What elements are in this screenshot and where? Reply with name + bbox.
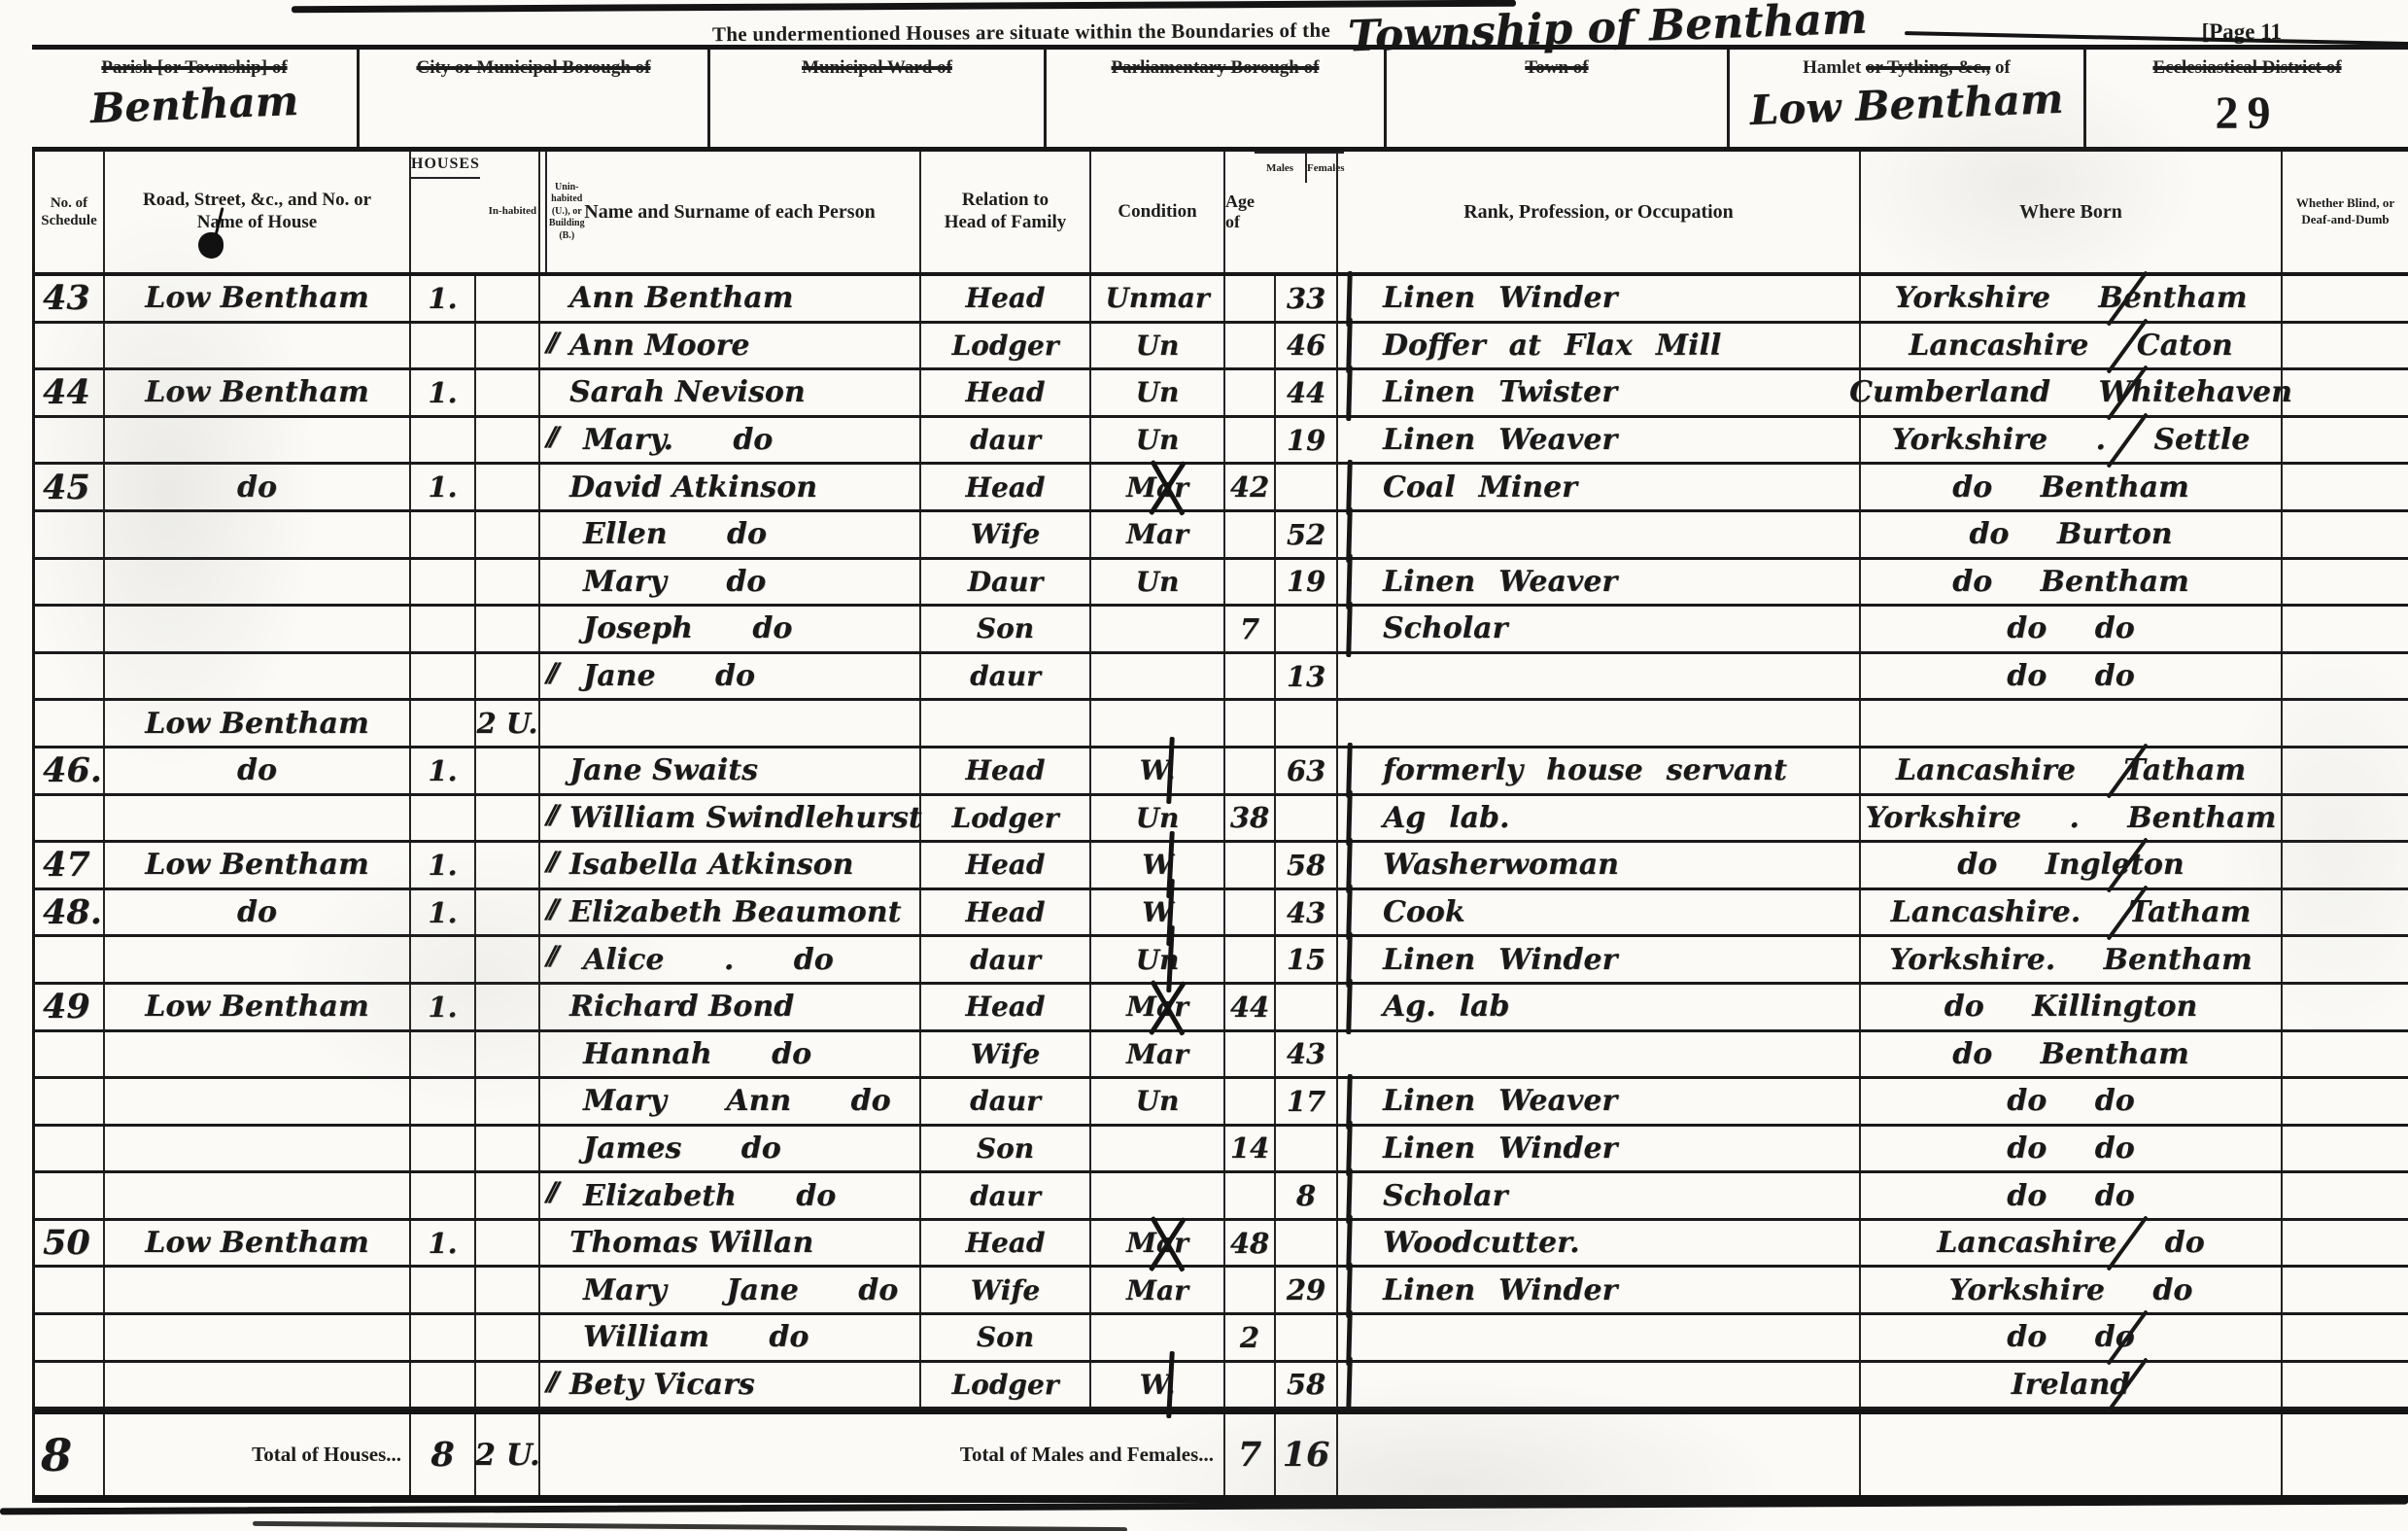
cell-age_f: 58 — [1276, 843, 1338, 887]
cell-road — [105, 1363, 411, 1408]
table-row: Elizabeth dodaur8Scholardo do — [35, 1173, 2408, 1221]
cell-relation: Son — [921, 607, 1091, 651]
table-row: James doSon14Linen Winderdo do — [35, 1127, 2408, 1174]
cell-inhabited: 1. — [411, 843, 476, 887]
cell-uninhabited — [476, 890, 540, 935]
cell-relation: Son — [921, 1315, 1091, 1360]
cell-relation: Head — [921, 843, 1091, 887]
cell-occupation: Linen Weaver — [1338, 1079, 1861, 1124]
admin-box-5: Hamlet or Tything, &c., ofLow Bentham — [1730, 50, 2086, 147]
col-header-relation: Relation to Head of Family — [921, 152, 1091, 272]
cell-road — [105, 654, 411, 699]
cell-relation: daur — [921, 1079, 1091, 1124]
cell-schedule — [35, 1127, 105, 1171]
cell-relation: daur — [921, 937, 1091, 982]
cell-age_f — [1276, 607, 1338, 651]
cell-age_f: 33 — [1276, 276, 1338, 321]
cell-name: James do — [540, 1127, 921, 1171]
cell-condition: Un — [1091, 937, 1225, 982]
cell-relation: Son — [921, 1127, 1091, 1171]
cell-road — [105, 607, 411, 651]
admin-box-3: Parliamentary Borough of — [1047, 50, 1387, 147]
cell-occupation: Linen Winder — [1338, 1127, 1861, 1171]
cell-occupation: Linen Twister — [1338, 370, 1861, 415]
cell-uninhabited: 2 U. — [476, 701, 540, 746]
total-males: 7 — [1225, 1414, 1276, 1495]
cell-condition: Un — [1091, 418, 1225, 463]
table-body: 43Low Bentham1.Ann BenthamHeadUnmar33Lin… — [35, 276, 2408, 1409]
cell-name — [540, 701, 921, 746]
cell-infirm — [2283, 1127, 2408, 1171]
cell-condition: Mar — [1091, 1268, 1225, 1312]
cell-road: Low Bentham — [105, 701, 411, 746]
scan-streak — [253, 1521, 1127, 1531]
cell-born: do Ingleton — [1861, 843, 2283, 887]
cell-age_f: 19 — [1276, 418, 1338, 463]
cell-schedule — [35, 701, 105, 746]
cell-occupation: Ag lab. — [1338, 796, 1861, 841]
cell-age_m — [1225, 1363, 1276, 1408]
cell-inhabited — [411, 607, 476, 651]
cell-inhabited — [411, 937, 476, 982]
cell-schedule — [35, 1173, 105, 1218]
cell-schedule: 46. — [35, 748, 105, 793]
cell-condition: W — [1091, 843, 1225, 887]
table-row: Mary doDaurUn19Linen Weaverdo Bentham — [35, 560, 2408, 608]
cell-condition — [1091, 701, 1225, 746]
cell-road — [105, 418, 411, 463]
cell-relation: Wife — [921, 1268, 1091, 1312]
cell-age_m — [1225, 1268, 1276, 1312]
admin-box-label: Ecclesiastical District of — [2086, 57, 2408, 79]
cell-age_m — [1225, 276, 1276, 321]
cell-relation: Head — [921, 748, 1091, 793]
cell-name: Jane Swaits — [540, 748, 921, 793]
cell-infirm — [2283, 1268, 2408, 1312]
cell-occupation — [1338, 1315, 1861, 1360]
cell-schedule — [35, 512, 105, 557]
total-houses-inhabited: 8 — [411, 1414, 476, 1495]
cell-condition: Un — [1091, 796, 1225, 841]
cell-schedule — [35, 1363, 105, 1408]
admin-box-0: Parish [or Township] ofBentham — [32, 50, 360, 147]
table-row: Mary Jane doWifeMar29Linen WinderYorkshi… — [35, 1268, 2408, 1315]
cell-uninhabited — [476, 796, 540, 841]
table-row: William SwindlehurstLodgerUn38Ag lab.Yor… — [35, 796, 2408, 844]
cell-age_f: 46 — [1276, 324, 1338, 368]
cell-age_m — [1225, 324, 1276, 368]
table-row: Bety VicarsLodgerW.58Ireland — [35, 1363, 2408, 1410]
cell-age_m: 14 — [1225, 1127, 1276, 1171]
col-label: Name and Surname of each Person — [584, 200, 875, 224]
cell-infirm — [2283, 512, 2408, 557]
cell-age_f: 29 — [1276, 1268, 1338, 1312]
totals-row: 8 Total of Houses... 8 2 U. Total of Mal… — [35, 1409, 2408, 1503]
cell-schedule: 50 — [35, 1221, 105, 1266]
col-label: No. of Schedule — [39, 194, 99, 229]
col-header-houses: HOUSES In-habited Unin-habited (U.), or … — [411, 152, 540, 272]
cell-occupation: Scholar — [1338, 607, 1861, 651]
cell-born: Yorkshire . Bentham — [1861, 796, 2283, 841]
cell-name: Ann Bentham — [540, 276, 921, 321]
cell-name: Ellen do — [540, 512, 921, 557]
cell-born: Lancashire do — [1861, 1221, 2283, 1266]
cell-occupation: Washerwoman — [1338, 843, 1861, 887]
table-header: No. of Schedule Road, Street, &c., and N… — [35, 152, 2408, 276]
cell-born: do Killington — [1861, 985, 2283, 1029]
cell-age_f: 19 — [1276, 560, 1338, 605]
cell-relation: Daur — [921, 560, 1091, 605]
col-header-age: Age of Males Females — [1225, 152, 1338, 272]
col-label: Rank, Profession, or Occupation — [1463, 200, 1734, 224]
cell-born: Lancashire Caton — [1861, 324, 2283, 368]
table-row: Hannah doWifeMar43do Bentham — [35, 1032, 2408, 1080]
cell-age_m — [1225, 560, 1276, 605]
table-row: 50Low Bentham1.Thomas WillanHeadMar48Woo… — [35, 1221, 2408, 1269]
cell-inhabited — [411, 1363, 476, 1408]
table-row: 48.do1.Elizabeth BeaumontHeadW43CookLanc… — [35, 890, 2408, 938]
cell-infirm — [2283, 1315, 2408, 1360]
cell-infirm — [2283, 1032, 2408, 1077]
cell-schedule — [35, 1032, 105, 1077]
cell-condition — [1091, 1315, 1225, 1360]
cell-road: Low Bentham — [105, 1221, 411, 1266]
cell-name: Elizabeth Beaumont — [540, 890, 921, 935]
cell-occupation: Linen Weaver — [1338, 418, 1861, 463]
admin-box-label: Parliamentary Borough of — [1047, 57, 1384, 79]
cell-schedule: 47 — [35, 843, 105, 887]
cell-age_m: 48 — [1225, 1221, 1276, 1266]
cell-born: do do — [1861, 1127, 2283, 1171]
cell-relation: Head — [921, 890, 1091, 935]
cell-age_m — [1225, 748, 1276, 793]
cell-uninhabited — [476, 1221, 540, 1266]
cell-relation: Lodger — [921, 796, 1091, 841]
cell-age_m — [1225, 937, 1276, 982]
cell-name: Mary. do — [540, 418, 921, 463]
cell-schedule — [35, 1079, 105, 1124]
cell-condition: Un — [1091, 370, 1225, 415]
cell-name: Mary Jane do — [540, 1268, 921, 1312]
cell-schedule — [35, 607, 105, 651]
col-label: Relation to Head of Family — [943, 190, 1068, 234]
cell-condition: Un — [1091, 560, 1225, 605]
cell-age_f: 44 — [1276, 370, 1338, 415]
cell-infirm — [2283, 748, 2408, 793]
table-row: Low Bentham2 U. — [35, 701, 2408, 748]
cell-inhabited — [411, 560, 476, 605]
cell-born: Yorkshire . Settle — [1861, 418, 2283, 463]
cell-age_f: 52 — [1276, 512, 1338, 557]
cell-infirm — [2283, 607, 2408, 651]
cell-relation: daur — [921, 654, 1091, 699]
cell-occupation: Coal Miner — [1338, 465, 1861, 509]
total-males-females-label: Total of Males and Females... — [540, 1414, 1225, 1495]
cell-inhabited — [411, 1127, 476, 1171]
admin-box-1: City or Municipal Borough of — [360, 50, 710, 147]
cell-age_m: 44 — [1225, 985, 1276, 1029]
cell-uninhabited — [476, 843, 540, 887]
cell-empty — [1338, 1414, 1861, 1495]
cell-uninhabited — [476, 324, 540, 368]
cell-inhabited — [411, 418, 476, 463]
cell-condition: Mar — [1091, 985, 1225, 1029]
cell-relation: Head — [921, 370, 1091, 415]
table-row: 46.do1.Jane SwaitsHeadW.63formerly house… — [35, 748, 2408, 796]
table-row: 43Low Bentham1.Ann BenthamHeadUnmar33Lin… — [35, 276, 2408, 324]
boundary-title: The undermentioned Houses are situate wi… — [712, 18, 1330, 47]
cell-inhabited — [411, 654, 476, 699]
admin-box-label: City or Municipal Borough of — [360, 57, 707, 79]
table-row: William doSon2do do — [35, 1315, 2408, 1363]
cell-infirm — [2283, 276, 2408, 321]
cell-uninhabited — [476, 276, 540, 321]
table-row: Jane dodaur13do do — [35, 654, 2408, 702]
cell-born: do do — [1861, 1315, 2283, 1360]
cell-relation: daur — [921, 418, 1091, 463]
cell-age_m — [1225, 1173, 1276, 1218]
cell-age_m — [1225, 1032, 1276, 1077]
cell-born: do Bentham — [1861, 1032, 2283, 1077]
cell-uninhabited — [476, 512, 540, 557]
cell-condition: W. — [1091, 748, 1225, 793]
cell-age_f: 63 — [1276, 748, 1338, 793]
cell-occupation: Cook — [1338, 890, 1861, 935]
total-houses-label: Total of Houses... — [105, 1414, 411, 1495]
cell-born: do do — [1861, 654, 2283, 699]
cell-uninhabited — [476, 1268, 540, 1312]
admin-box-value-handwritten: Low Bentham — [1729, 74, 2084, 135]
cell-road: Low Bentham — [105, 276, 411, 321]
cell-road: Low Bentham — [105, 370, 411, 415]
cell-infirm — [2283, 324, 2408, 368]
cell-born: do do — [1861, 607, 2283, 651]
col-header-name: Name and Surname of each Person — [540, 152, 921, 272]
houses-group-label: HOUSES — [411, 152, 480, 179]
cell-born: Yorkshire. Bentham — [1861, 937, 2283, 982]
cell-infirm — [2283, 1221, 2408, 1266]
cell-road — [105, 1173, 411, 1218]
cell-occupation — [1338, 512, 1861, 557]
cell-schedule: 44 — [35, 370, 105, 415]
cell-relation — [921, 701, 1091, 746]
cell-born: Ireland — [1861, 1363, 2283, 1408]
cell-name: Bety Vicars — [540, 1363, 921, 1408]
cell-empty — [2283, 1414, 2408, 1495]
cell-empty — [1861, 1414, 2283, 1495]
cell-road — [105, 512, 411, 557]
cell-age_f — [1276, 1315, 1338, 1360]
cell-inhabited — [411, 1173, 476, 1218]
cell-born — [1861, 701, 2283, 746]
cell-condition: Un — [1091, 1079, 1225, 1124]
cell-age_f: 13 — [1276, 654, 1338, 699]
cell-occupation — [1338, 1363, 1861, 1408]
cell-uninhabited — [476, 1363, 540, 1408]
cell-age_f — [1276, 1127, 1338, 1171]
cell-age_m — [1225, 512, 1276, 557]
admin-box-4: Town of — [1387, 50, 1730, 147]
cell-age_f: 8 — [1276, 1173, 1338, 1218]
table-row: Alice . dodaurUn15Linen WinderYorkshire.… — [35, 937, 2408, 985]
cell-footer-schedule-mark: 8 — [35, 1414, 105, 1495]
cell-condition: Mar — [1091, 465, 1225, 509]
cell-inhabited — [411, 324, 476, 368]
cell-condition: W — [1091, 890, 1225, 935]
cell-age_f — [1276, 465, 1338, 509]
cell-name: William do — [540, 1315, 921, 1360]
total-females: 16 — [1276, 1414, 1338, 1495]
admin-box-label: Municipal Ward of — [710, 57, 1044, 79]
cell-infirm — [2283, 890, 2408, 935]
cell-age_f — [1276, 1221, 1338, 1266]
cell-uninhabited — [476, 560, 540, 605]
cell-inhabited: 1. — [411, 276, 476, 321]
cell-relation: daur — [921, 1173, 1091, 1218]
cell-name: Thomas Willan — [540, 1221, 921, 1266]
total-houses-uninhabited: 2 U. — [476, 1414, 540, 1495]
cell-inhabited: 1. — [411, 748, 476, 793]
cell-infirm — [2283, 465, 2408, 509]
cell-schedule: 49 — [35, 985, 105, 1029]
table-row: 47Low Bentham1.Isabella AtkinsonHeadW58W… — [35, 843, 2408, 890]
cell-schedule — [35, 937, 105, 982]
cell-uninhabited — [476, 1315, 540, 1360]
cell-name: Elizabeth do — [540, 1173, 921, 1218]
cell-infirm — [2283, 1363, 2408, 1408]
cell-inhabited: 1. — [411, 1221, 476, 1266]
cell-occupation: Scholar — [1338, 1173, 1861, 1218]
cell-infirm — [2283, 1079, 2408, 1124]
cell-age_m — [1225, 654, 1276, 699]
cell-road — [105, 560, 411, 605]
cell-schedule — [35, 654, 105, 699]
cell-road — [105, 1315, 411, 1360]
cell-inhabited: 1. — [411, 890, 476, 935]
cell-inhabited: 1. — [411, 370, 476, 415]
cell-occupation — [1338, 1032, 1861, 1077]
col-label: Condition — [1118, 201, 1196, 224]
ink-blot-icon — [198, 232, 224, 259]
cell-age_m — [1225, 701, 1276, 746]
cell-age_m — [1225, 843, 1276, 887]
cell-age_f: 15 — [1276, 937, 1338, 982]
cell-name: Jane do — [540, 654, 921, 699]
cell-infirm — [2283, 418, 2408, 463]
table-row: Mary Ann dodaurUn17Linen Weaverdo do — [35, 1079, 2408, 1127]
cell-occupation: Doffer at Flax Mill — [1338, 324, 1861, 368]
table-row: Ann MooreLodgerUn46Doffer at Flax MillLa… — [35, 324, 2408, 371]
cell-schedule: 45 — [35, 465, 105, 509]
table-row: 44Low Bentham1.Sarah NevisonHeadUn44Line… — [35, 370, 2408, 418]
col-header-schedule: No. of Schedule — [35, 152, 105, 272]
col-header-occupation: Rank, Profession, or Occupation — [1338, 152, 1861, 272]
col-header-road: Road, Street, &c., and No. or Name of Ho… — [105, 152, 411, 272]
cell-schedule — [35, 418, 105, 463]
cell-infirm — [2283, 701, 2408, 746]
cell-road — [105, 937, 411, 982]
age-group-label: Age of — [1225, 152, 1255, 272]
cell-schedule — [35, 560, 105, 605]
admin-box-value-handwritten: Bentham — [31, 74, 358, 134]
admin-box-label: Town of — [1387, 57, 1727, 79]
cell-inhabited — [411, 1268, 476, 1312]
cell-relation: Head — [921, 985, 1091, 1029]
cell-occupation: Linen Weaver — [1338, 560, 1861, 605]
col-header-where-born: Where Born — [1861, 152, 2283, 272]
cell-age_m — [1225, 890, 1276, 935]
cell-schedule: 48. — [35, 890, 105, 935]
cell-uninhabited — [476, 1173, 540, 1218]
cell-uninhabited — [476, 985, 540, 1029]
cell-occupation — [1338, 701, 1861, 746]
cell-schedule — [35, 324, 105, 368]
cell-age_f: 43 — [1276, 890, 1338, 935]
cell-uninhabited — [476, 465, 540, 509]
cell-occupation: Linen Winder — [1338, 1268, 1861, 1312]
cell-relation: Head — [921, 465, 1091, 509]
cell-condition — [1091, 1127, 1225, 1171]
cell-uninhabited — [476, 418, 540, 463]
col-label: Road, Street, &c., and No. or Name of Ho… — [122, 190, 392, 234]
cell-age_m — [1225, 418, 1276, 463]
cell-born: do do — [1861, 1079, 2283, 1124]
cell-inhabited — [411, 796, 476, 841]
cell-name: Hannah do — [540, 1032, 921, 1077]
cell-age_f — [1276, 985, 1338, 1029]
cell-age_f — [1276, 701, 1338, 746]
admin-box-6: Ecclesiastical District of29 — [2086, 50, 2408, 147]
cell-born: Cumberland Whitehaven — [1861, 370, 2283, 415]
cell-road — [105, 324, 411, 368]
cell-occupation: Linen Winder — [1338, 276, 1861, 321]
cell-infirm — [2283, 937, 2408, 982]
cell-road: Low Bentham — [105, 843, 411, 887]
cell-uninhabited — [476, 937, 540, 982]
table-row: 49Low Bentham1.Richard BondHeadMar44Ag. … — [35, 985, 2408, 1032]
cell-age_f: 58 — [1276, 1363, 1338, 1408]
cell-born: do Bentham — [1861, 560, 2283, 605]
cell-condition: Mar — [1091, 1032, 1225, 1077]
cell-name: Ann Moore — [540, 324, 921, 368]
cell-born: Lancashire Tatham — [1861, 748, 2283, 793]
cell-age_m — [1225, 370, 1276, 415]
cell-inhabited — [411, 1079, 476, 1124]
cell-born: Lancashire. Tatham — [1861, 890, 2283, 935]
cell-age_m: 42 — [1225, 465, 1276, 509]
cell-road — [105, 1268, 411, 1312]
cell-born: do Burton — [1861, 512, 2283, 557]
cell-schedule — [35, 1268, 105, 1312]
cell-name: Mary Ann do — [540, 1079, 921, 1124]
col-header-condition: Condition — [1091, 152, 1225, 272]
admin-box-2: Municipal Ward of — [710, 50, 1047, 147]
cell-born: do Bentham — [1861, 465, 2283, 509]
cell-uninhabited — [476, 1127, 540, 1171]
cell-name: Isabella Atkinson — [540, 843, 921, 887]
cell-born: Yorkshire do — [1861, 1268, 2283, 1312]
cell-schedule — [35, 796, 105, 841]
cell-relation: Lodger — [921, 324, 1091, 368]
cell-relation: Wife — [921, 1032, 1091, 1077]
cell-inhabited — [411, 701, 476, 746]
cell-occupation: Linen Winder — [1338, 937, 1861, 982]
cell-relation: Wife — [921, 512, 1091, 557]
col-label: Whether Blind, or Deaf-and-Dumb — [2290, 195, 2400, 228]
cell-condition: Mar — [1091, 1221, 1225, 1266]
cell-road: do — [105, 890, 411, 935]
administrative-header-row: Parish [or Township] ofBenthamCity or Mu… — [32, 45, 2408, 152]
